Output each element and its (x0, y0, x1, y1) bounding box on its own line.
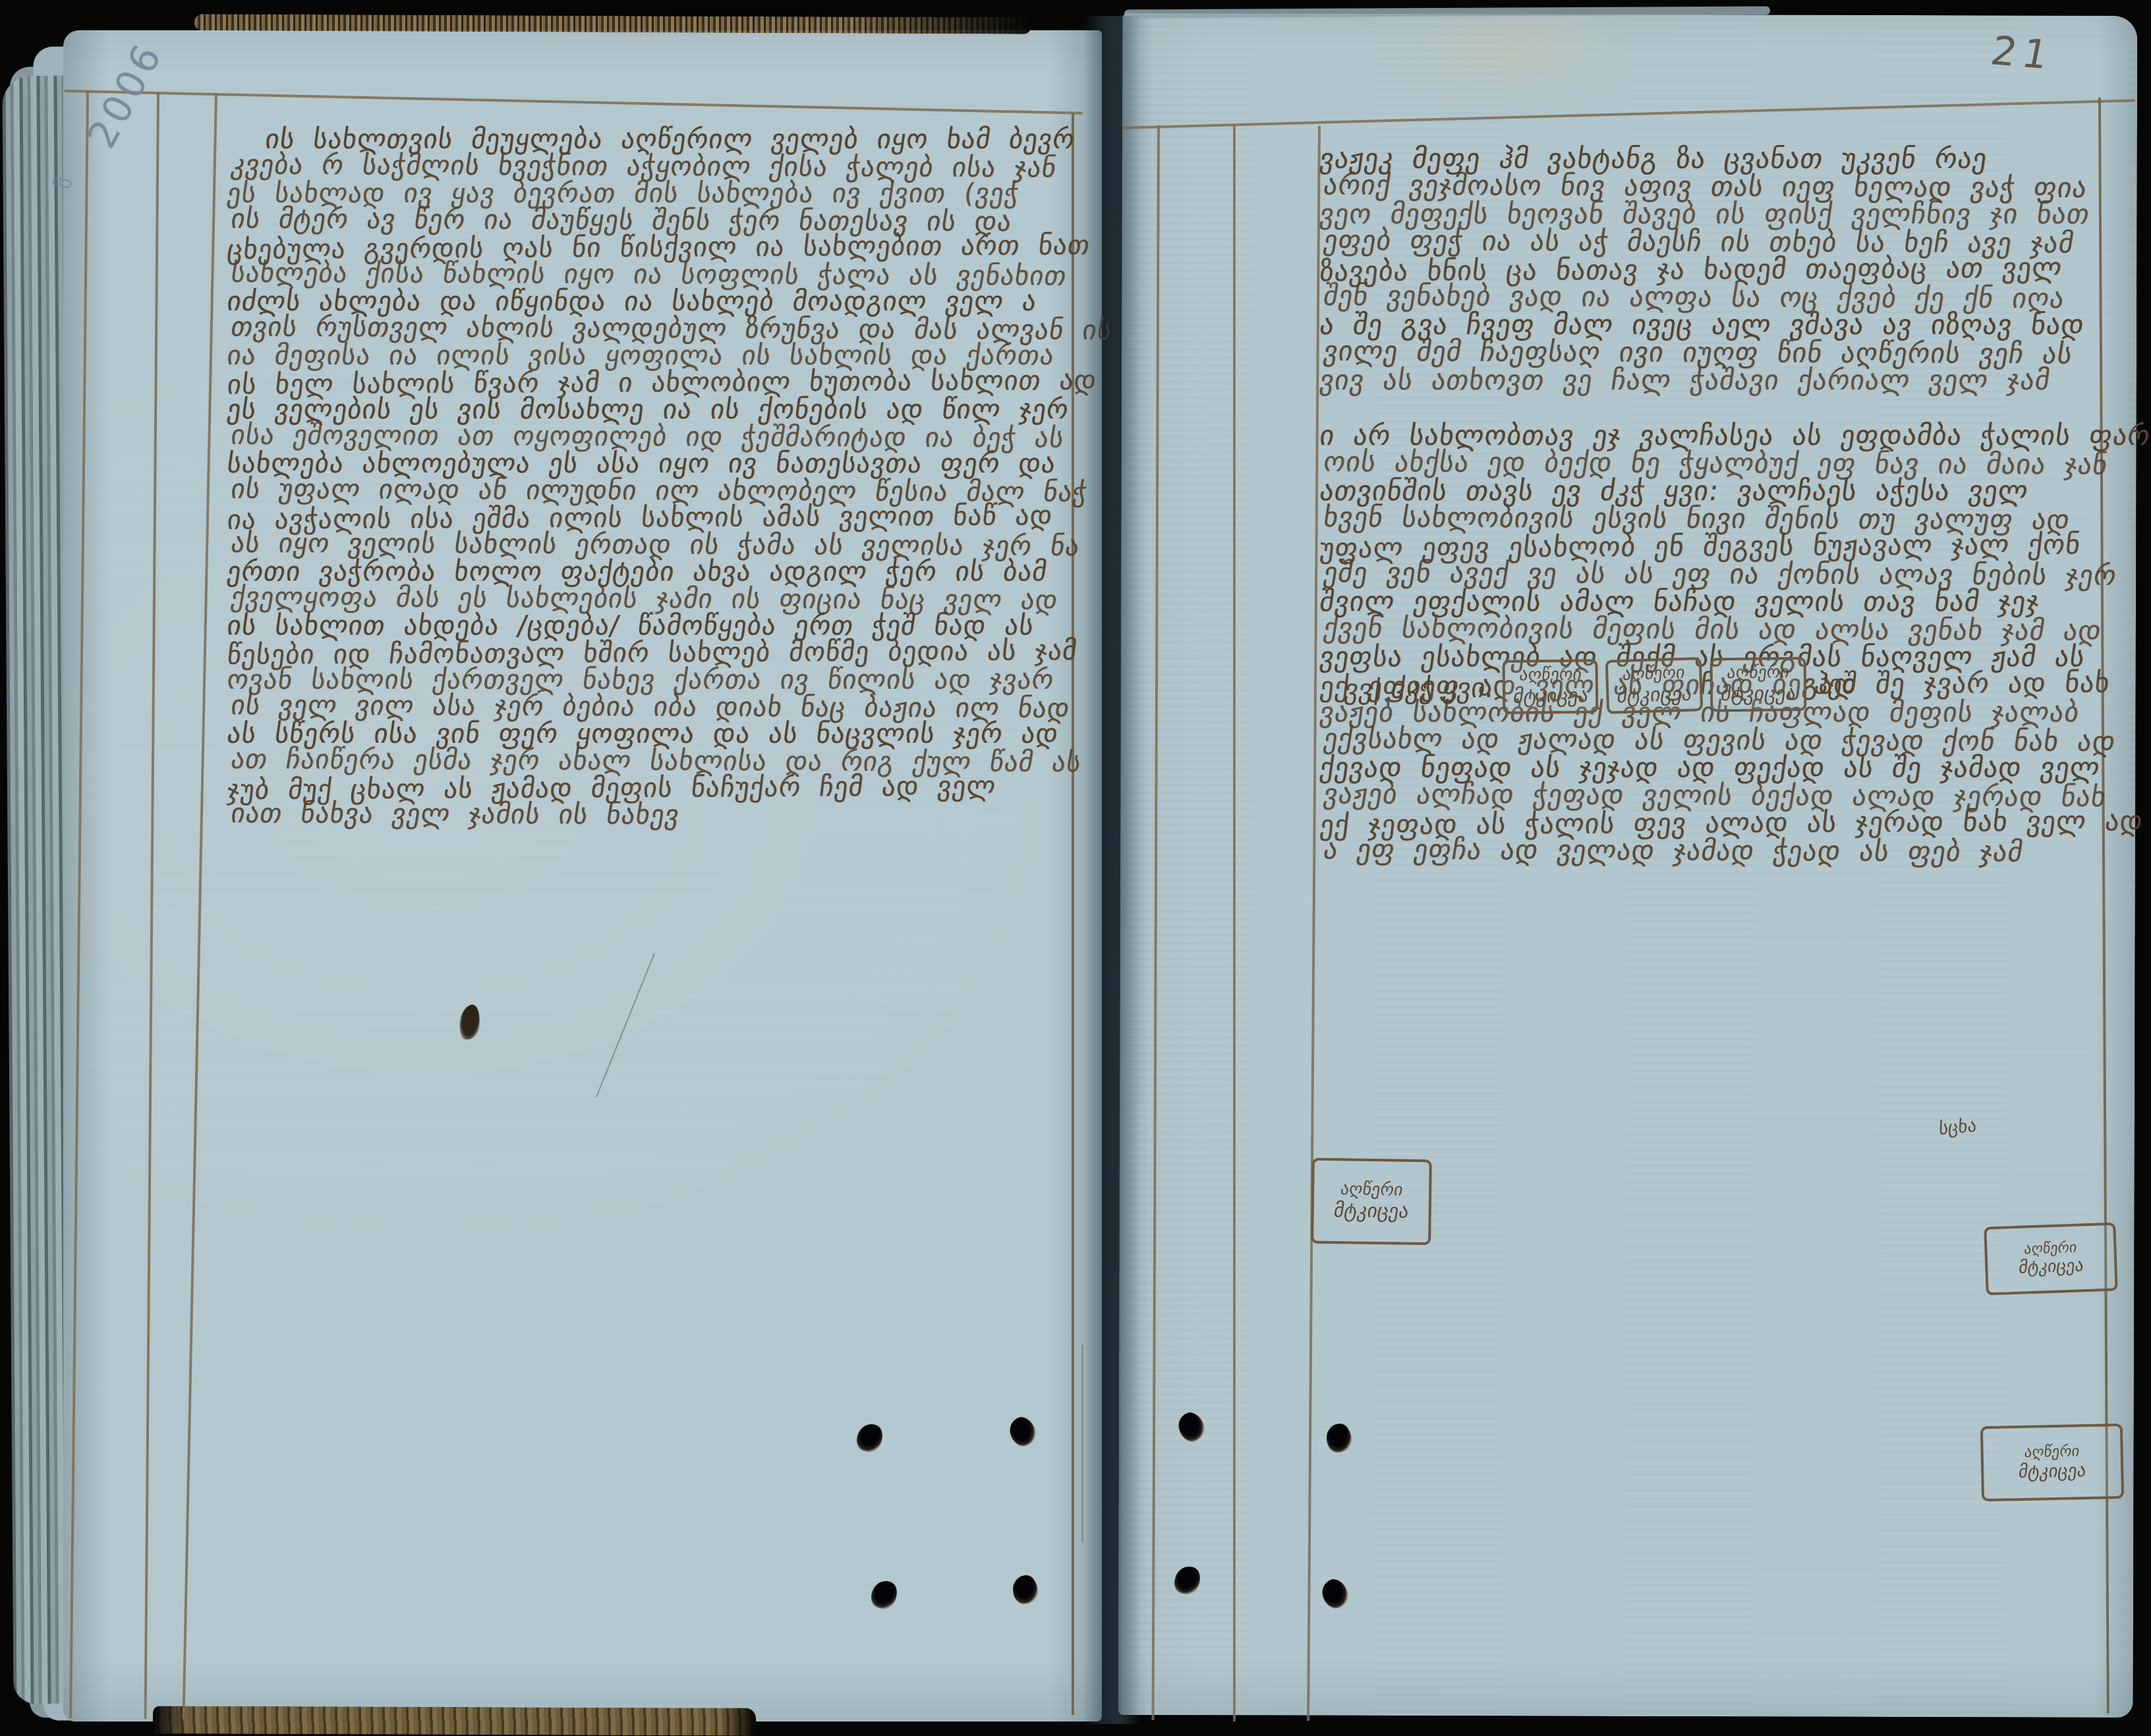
manuscript-line: ათ ჩაიწერა ესმა ჯერ ახალ სახლისა და რიგ … (231, 731, 1099, 761)
manuscript-line: ი არ სახლობთავ ეჯ ვალჩასეა ას ეფდამბა ჭა… (1320, 406, 2115, 434)
manuscript-line: ქევად ნეფად ას ჯეჯად ად ფექად ას შე ჯამა… (1320, 738, 2115, 766)
manuscript-line: ია ავჭალის ისა ეშმა ილის სახლის ამას ველ… (227, 487, 1095, 519)
manuscript-line: სახლება ქისა წახლის იყო ია სოფლის ჭალა ა… (231, 245, 1099, 275)
manuscript-line: ია მეფისა ია ილის ვისა ყოფილა ის სახლის … (227, 327, 1095, 354)
manuscript-line: ის სახლთვის მეუყლება აღწერილ ველებ იყო ხ… (227, 111, 1095, 138)
manuscript-line: შვილ ეფქალის ამალ ნაჩად ველის თავ ნამ ჯე… (1320, 572, 2115, 600)
certification-stamp: აღწერი მტკიცეა (1605, 657, 1703, 714)
certification-stamp: აღწერი მტკიცეა (1710, 657, 1807, 712)
binding-cloth-bottom-edge (153, 1706, 756, 1735)
manuscript-line: ას სწერს ისა ვინ ფერ ყოფილა და ას ნაცვლი… (227, 705, 1095, 732)
manuscript-line: ის სახლით ახდება /ცდება/ წამოწყება ერთ ჭ… (227, 597, 1095, 624)
stamp-row-prefix-text: ვვ| ძკჭ ყვი. (1342, 671, 1497, 705)
manuscript-line: ვეო მეფექს ხეოვან შავებ ის ფისქ ველჩნივ … (1320, 185, 2115, 212)
stamp-line-2: მტკიცეა (1990, 1460, 2114, 1483)
manuscript-line: წესები იდ ჩამონათვალ ხშირ სახლებ მოწმე ბ… (227, 622, 1095, 654)
manuscript-line: ას იყო ველის სახლის ერთად ის ჭამა ას ველ… (231, 515, 1099, 545)
stamp-line-1: აღწერი (1719, 663, 1797, 683)
edge-certification-stamp: აღწერი მტკიცეა (1980, 1424, 2124, 1501)
manuscript-line: ჯუბ მუქ ცხალ ას ჟამად მეფის ნაჩუქარ ჩემ … (227, 757, 1095, 789)
stamp-line-2: მტკიცეა (1511, 685, 1589, 709)
manuscript-line: ოვან სახლის ქართველ ნახევ ქართა ივ წილის… (227, 651, 1095, 678)
manuscript-line: თვის რუსთველ ახლის ვალდებულ ზრუნვა და მა… (231, 299, 1099, 329)
manuscript-line: ეშე ვენ ავექ ვე ას ას ეფ ია ქონის ალავ ნ… (1324, 543, 2119, 574)
manuscript-line: არიქ ვეჯმოასო ნივ აფივ თას იეფ ხელად ვაჭ… (1324, 156, 2119, 187)
manuscript-line: სახლება ახლოებულა ეს ასა იყო ივ ნათესავთ… (227, 435, 1095, 462)
manuscript-line (1320, 376, 2115, 408)
manuscript-line: ერთი ვაჭრობა ხოლო ფაქტები ახვა ადგილ ჭერ… (227, 543, 1095, 570)
manuscript-line: ის მტერ ავ წერ ია მაუწყეს შენს ჭერ ნათეს… (231, 190, 1099, 221)
manuscript-line: ა ეფ ეფჩა ად ველად ჯამად ჭეად ას ფებ ჯამ (1324, 820, 2119, 851)
stitch-hole (1013, 1575, 1038, 1604)
manuscript-line: ისა ეშოველით ათ ოყოფილებ იდ ჭეშმარიტად ი… (231, 407, 1099, 437)
manuscript-line: ცხებულა გვერდის ღას ნი წისქვილ ია სახლებ… (227, 217, 1095, 248)
manuscript-line: ოის ახქსა ედ ბექდ ნე ჭყალბუქ ეფ ნავ ია მ… (1324, 432, 2119, 463)
right-page-text-block: ვაჟეკ მეფე ჰმ ვახტანგ ზა ცვანათ უკვენ რა… (1322, 129, 2113, 849)
manuscript-line: ექ ჯეფად ას ჭალის ფევ ალად ას ჯერად ნახ … (1320, 792, 2115, 823)
manuscript-line: ის ხელ სახლის წვარ ჯამ ი ახლობილ ხუთობა … (227, 352, 1095, 384)
gutter-shadow (1083, 16, 1140, 1724)
interlinear-insertion-note: სცხა (1938, 1115, 1977, 1139)
manuscript-line: ვეფსა ესახლებ ად შექმ ას ერგმას ნაღველ ჟ… (1320, 627, 2115, 655)
certification-stamp: აღწერი მტკიცეა (1502, 659, 1599, 714)
manuscript-line: ხვენ სახლობივის ესვის ნივი შენის თუ ვალუ… (1324, 488, 2119, 519)
manuscript-line: ქვენ სახლობივის მეფის მის ად ალსა ვენახ … (1324, 598, 2119, 629)
margin-certification-stamp: აღწერი მტკიცეა (1311, 1158, 1432, 1246)
manuscript-line: ათვინშის თავს ევ ძკჭ ყვი: ვალჩაეს აჭესა … (1320, 461, 2115, 489)
stamp-line-2: მტკიცეა (1616, 683, 1693, 708)
page-number: 21 (1987, 28, 2057, 78)
edge-certification-stamp: აღწერი მტკიცეა (1984, 1223, 2118, 1296)
right-page-margin-rule-2 (1233, 125, 1236, 1722)
manuscript-line: ეს სახლად ივ ყავ ბევრათ მის სახლება ივ ქ… (227, 165, 1095, 192)
manuscript-line: შენ ვენახებ ვად ია ალფა სა ოც ქვებ ქე ქნ… (1324, 266, 2119, 297)
manuscript-line: ის უფალ ილად ან ილუდნი ილ ახლობელ წესია … (231, 461, 1099, 491)
manuscript-line: ეს ველების ეს ვის მოსახლე ია ის ქონების … (227, 381, 1095, 408)
manuscript-line: ეფებ ფეჭ ია ას აჭ მაესჩ ის თხებ სა ხეჩ ა… (1324, 211, 2119, 242)
manuscript-line: ქველყოფა მას ეს სახლების ჯამი ის ფიცია ნ… (231, 569, 1099, 599)
manuscript-line: ის ველ ვილ ასა ჯერ ბებია იბა დიახ ნაც ბა… (231, 677, 1099, 707)
stamp-line-2: მტკიცეა (1995, 1256, 2108, 1279)
manuscript-line: ვაჟეკ მეფე ჰმ ვახტანგ ზა ცვანათ უკვენ რა… (1320, 129, 2115, 157)
stamp-line-2: მტკიცეა (1320, 1200, 1422, 1224)
stamp-row-suffix-text: ჰეშ (1812, 668, 1859, 701)
manuscript-line: ა შე გვა ჩვეფ მალ ივეც აელ ვშავა ავ იზღა… (1320, 295, 2115, 323)
manuscript-line: ვილე შემ ჩაეფსაღ ივი იუღფ წინ აღწერის ვე… (1324, 322, 2119, 353)
certification-stamp-row: ვვ| ძკჭ ყვი. აღწერი მტკიცეა აღწერი მტკიც… (1344, 656, 1857, 716)
manuscript-line: იათ ნახვა ველ ჯამის ის ნახევ (231, 785, 1099, 815)
stamp-line-1: აღწერი (1321, 1180, 1423, 1201)
manuscript-line: ვაჟებ ალჩად ჭეფად ველის ბექად ალად ჯერად… (1324, 765, 2119, 796)
manuscript-photo: ის სახლთვის მეუყლება აღწერილ ველებ იყო ხ… (0, 0, 2151, 1736)
manuscript-line: კვება რ საჭმლის ხვეჭნით აჭყობილ ქისა ჭალ… (231, 136, 1099, 167)
manuscript-line: იძლს ახლება და იწყინდა ია სახლებ მოადგილ… (227, 273, 1095, 300)
stamp-line-2: მტკიცეა (1719, 683, 1797, 707)
manuscript-line: უფალ ეფევ ესახლობ ენ შეგვეს ნუჟავალ ჯალ … (1320, 515, 2115, 546)
stamp-line-1: აღწერი (1511, 665, 1589, 685)
stamp-line-1: აღწერი (1990, 1442, 2113, 1462)
manuscript-line: ზავება ხნის ცა ნათავ ჯა ხადემ თაეფბაც ათ… (1320, 238, 2115, 270)
manuscript-line: ვივ ას ათხოვთ ვე ჩალ ჭაშავი ქარიალ ველ ჯ… (1320, 351, 2115, 378)
left-page-text-block: ის სახლთვის მეუყლება აღწერილ ველებ იყო ხ… (229, 111, 1093, 813)
stitch-hole (1327, 1424, 1352, 1453)
